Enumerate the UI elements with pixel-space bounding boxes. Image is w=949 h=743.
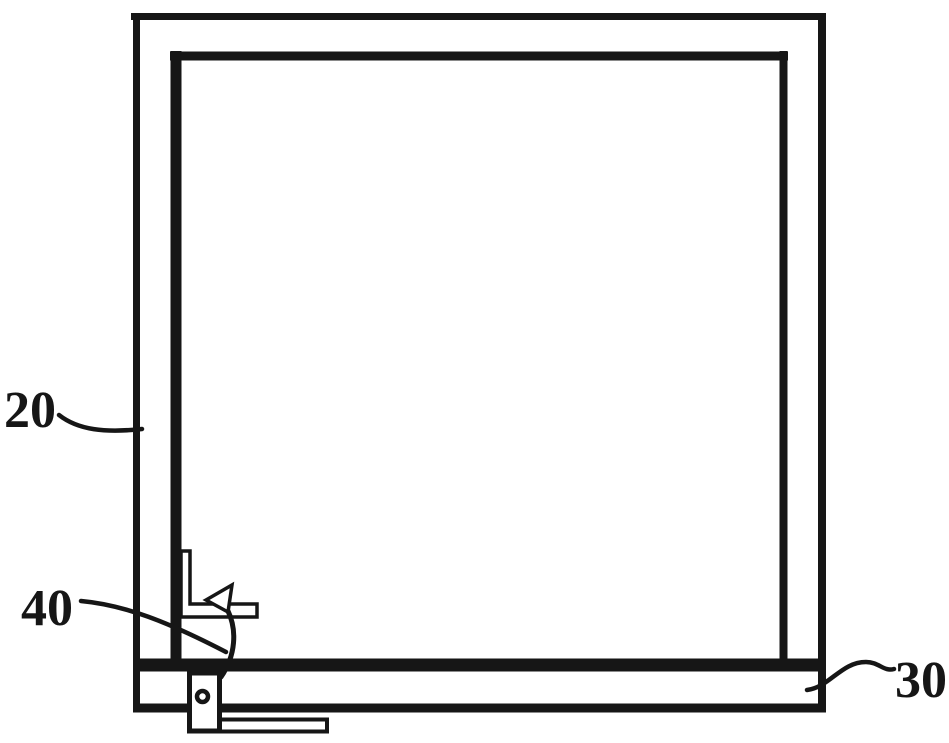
leader-line-20 (59, 415, 142, 431)
label-bottom-bar: 30 (895, 652, 947, 709)
bottom-bar (133, 665, 826, 708)
patent-figure-drawing: 20 40 30 (0, 0, 949, 743)
hinge-hole (197, 691, 208, 702)
latch-foot (217, 720, 327, 732)
inner-panel (170, 51, 788, 666)
label-latch: 40 (21, 580, 73, 637)
patent-figure: 20 40 30 (0, 0, 949, 743)
label-outer-frame: 20 (4, 382, 56, 439)
